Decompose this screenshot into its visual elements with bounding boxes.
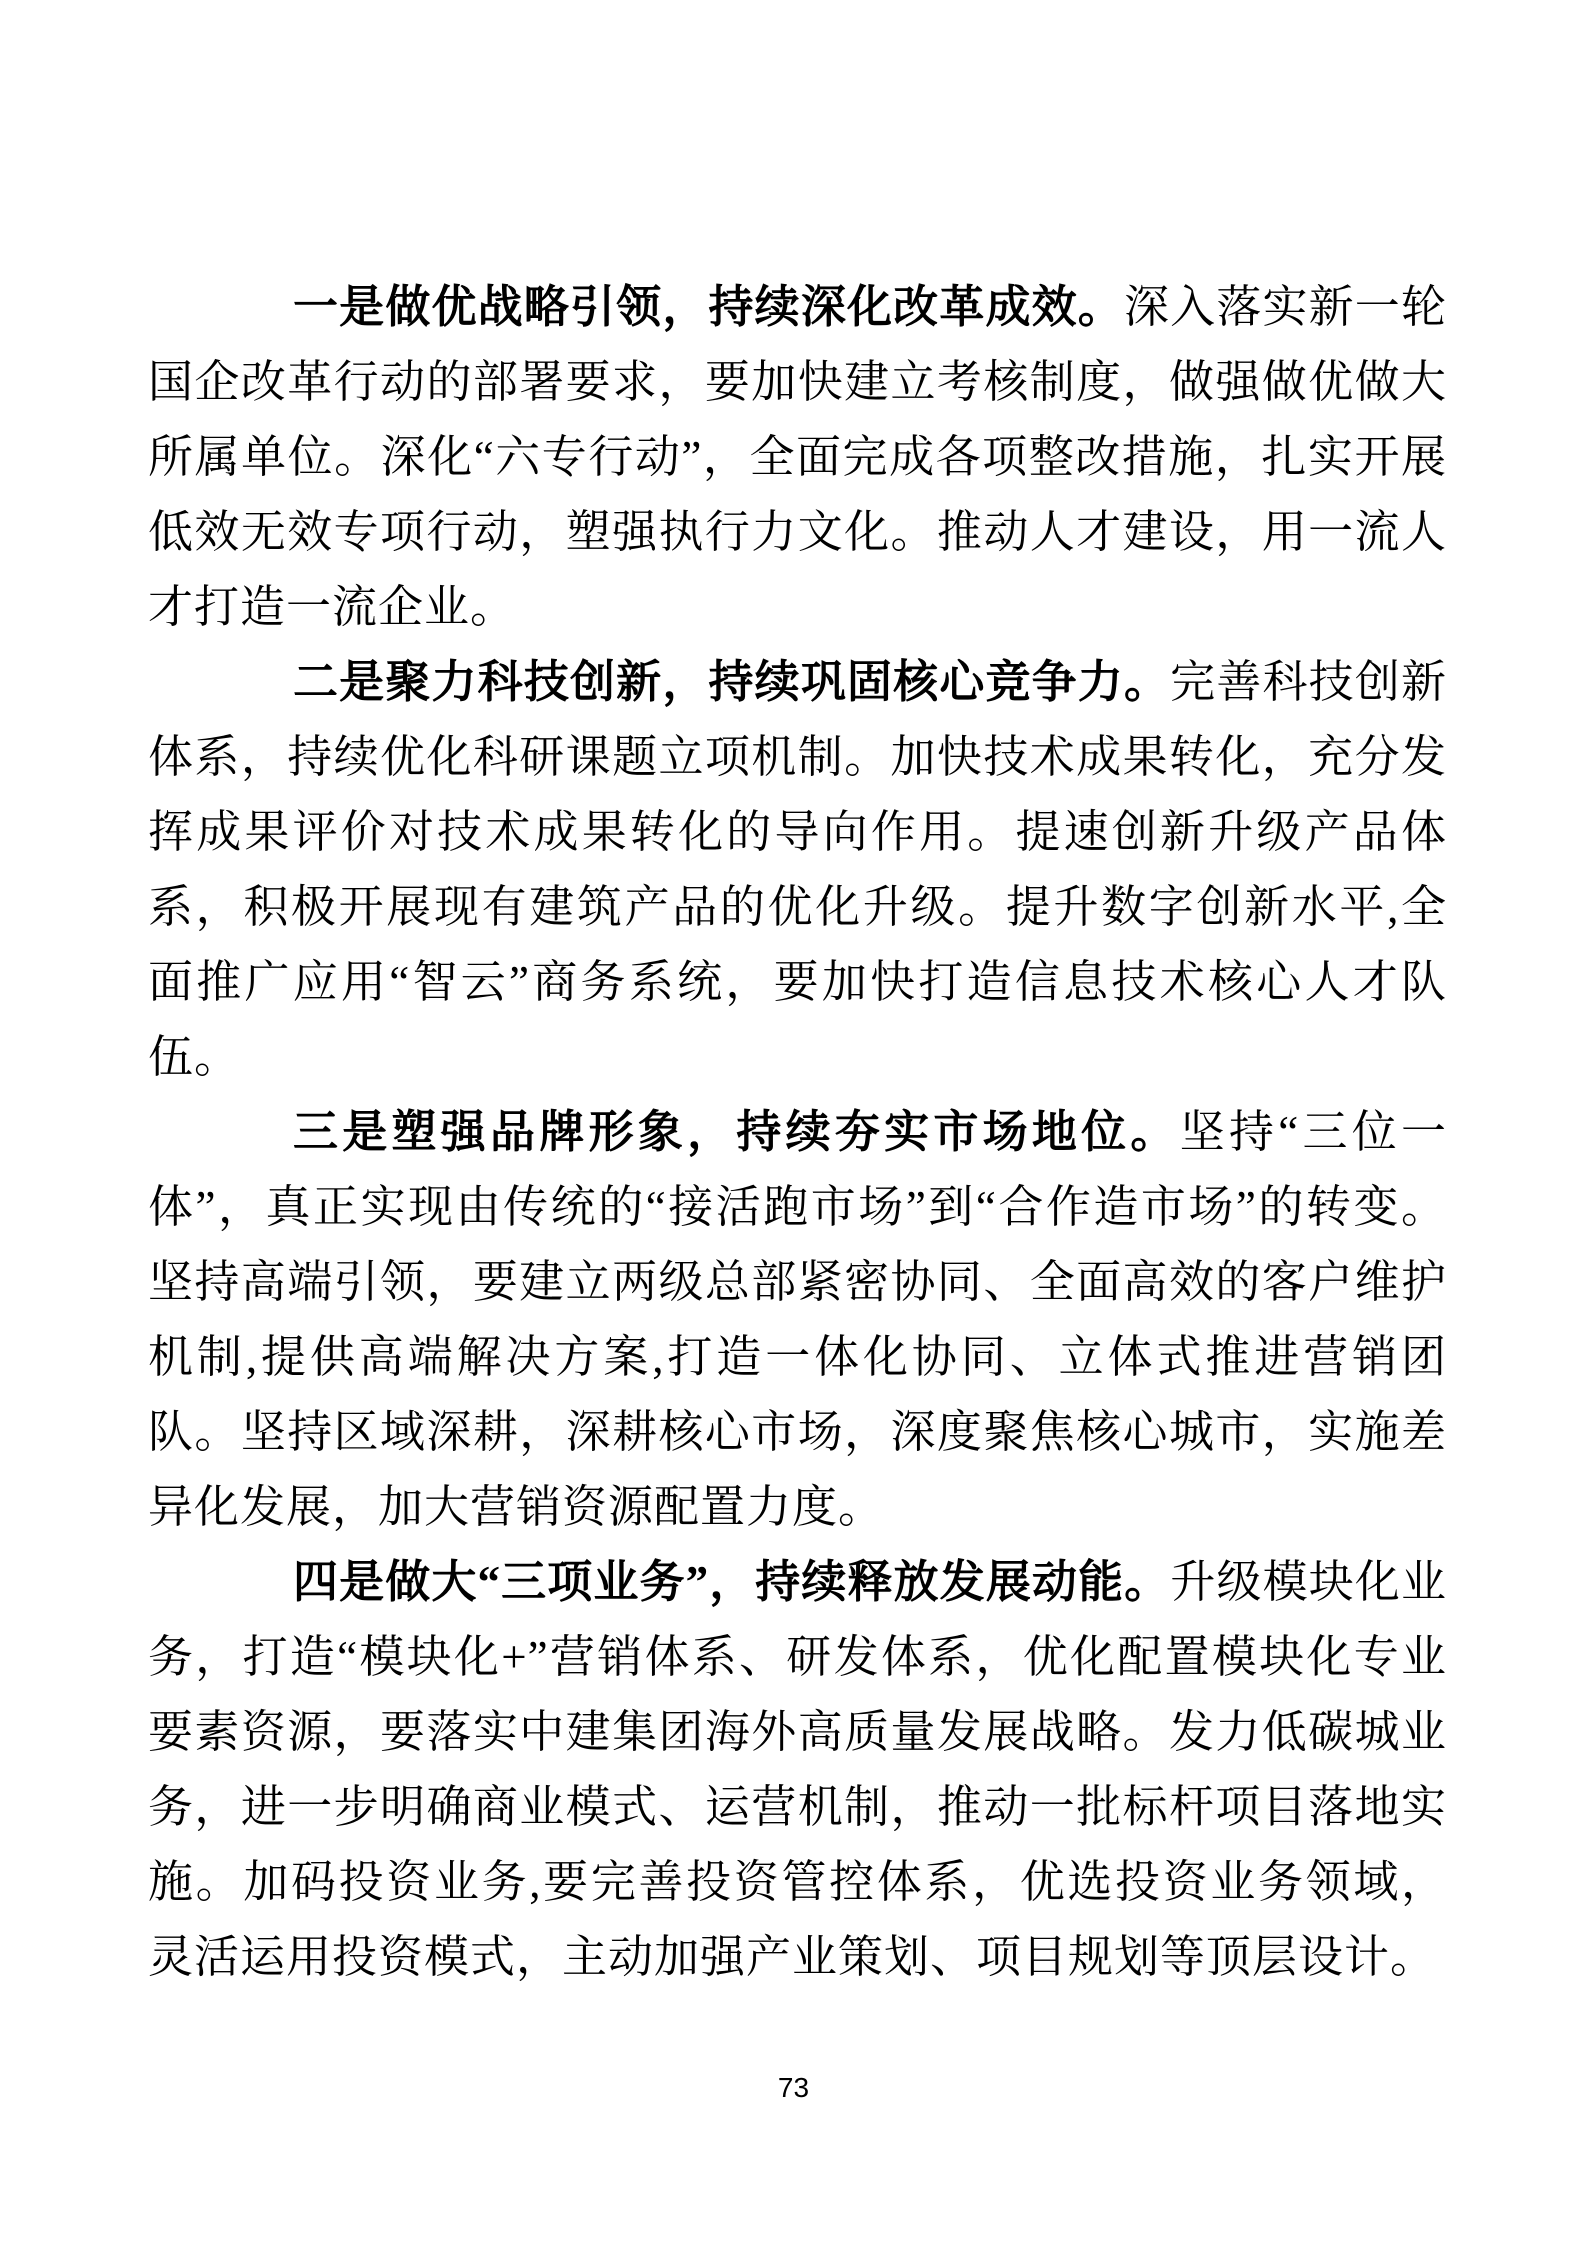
paragraph: 一是做优战略引领，持续深化改革成效。深入落实新一轮国企改革行动的部署要求，要加快… — [148, 270, 1447, 645]
paragraph: 二是聚力科技创新，持续巩固核心竞争力。完善科技创新体系，持续优化科研课题立项机制… — [148, 645, 1447, 1095]
paragraph: 三是塑强品牌形象，持续夯实市场地位。坚持“三位一体”，真正实现由传统的“接活跑市… — [148, 1095, 1447, 1545]
paragraph-body: 坚持“三位一体”，真正实现由传统的“接活跑市场”到“合作造市场”的转变。坚持高端… — [148, 1107, 1447, 1532]
document-page: 一是做优战略引领，持续深化改革成效。深入落实新一轮国企改革行动的部署要求，要加快… — [0, 0, 1587, 2245]
paragraph-lead: 一是做优战略引领，持续深化改革成效。 — [293, 282, 1124, 332]
paragraph-body: 深入落实新一轮国企改革行动的部署要求，要加快建立考核制度，做强做优做大所属单位。… — [148, 282, 1447, 632]
paragraph-body: 升级模块化业务，打造“模块化+”营销体系、研发体系，优化配置模块化专业要素资源，… — [148, 1557, 1447, 1982]
paragraph-lead: 二是聚力科技创新，持续巩固核心竞争力。 — [293, 657, 1170, 707]
page-number: 73 — [778, 2072, 809, 2103]
paragraph: 四是做大“三项业务”，持续释放发展动能。升级模块化业务，打造“模块化+”营销体系… — [148, 1545, 1447, 1995]
paragraph-lead: 三是塑强品牌形象，持续夯实市场地位。 — [293, 1107, 1180, 1157]
paragraph-body: 完善科技创新体系，持续优化科研课题立项机制。加快技术成果转化，充分发挥成果评价对… — [148, 657, 1447, 1082]
document-body: 一是做优战略引领，持续深化改革成效。深入落实新一轮国企改革行动的部署要求，要加快… — [148, 270, 1447, 1995]
page-footer: 73 — [0, 2072, 1587, 2104]
paragraph-lead: 四是做大“三项业务”，持续释放发展动能。 — [293, 1557, 1170, 1607]
